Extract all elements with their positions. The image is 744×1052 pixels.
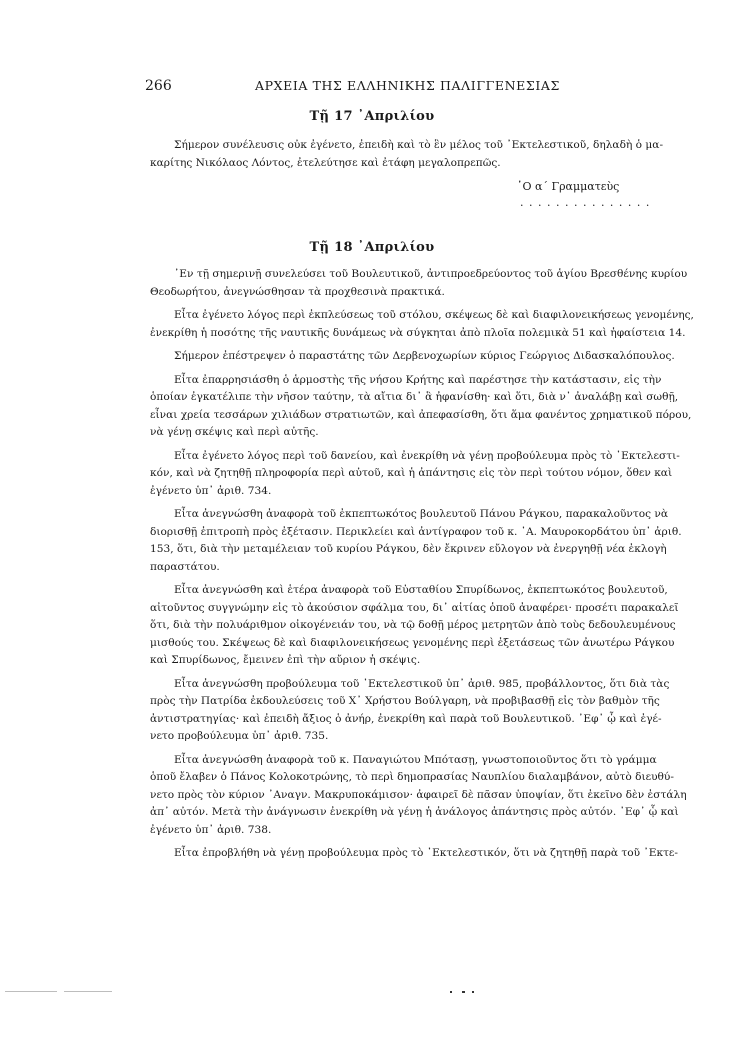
- section-heading-18-april: Τῇ 18 ᾽Απριλίου: [0, 240, 744, 255]
- section-18-body: ᾽Εν τῇ σημερινῇ συνελεύσει τοῦ Βουλευτικ…: [150, 266, 650, 869]
- text-line: καὶ Σπυρίδωνος, ἔμεινεν ἐπὶ τὴν αὔριον ἡ…: [126, 652, 650, 670]
- document-page: 266 ΑΡΧΕΙΑ ΤΗΣ ΕΛΛΗΝΙΚΗΣ ΠΑΛΙΓΓΕΝΕΣΙΑΣ Τ…: [0, 0, 744, 1052]
- text-line: ὁποῦ ἔλαβεν ὁ Πάνος Κολοκοτρώνης, τὸ περ…: [126, 769, 650, 787]
- text-line: Εἶτα ἐγένετο λόγος περὶ ἐκπλεύσεως τοῦ σ…: [150, 307, 650, 325]
- page-number: 266: [145, 78, 172, 94]
- text-line: Εἶτα ἀνεγνώσθη καὶ ἑτέρα ἀναφορὰ τοῦ Εὐσ…: [150, 582, 650, 600]
- text-line: Θεοδωρήτου, ἀνεγνώσθησαν τὰ προχθεσινὰ π…: [126, 284, 650, 302]
- text-line: ἀντιστρατηγίας· καὶ ἐπειδὴ ἄξιος ὁ ἀνήρ,…: [126, 711, 650, 729]
- text-line: ἐγένετο ὑπ᾽ ἀριθ. 734.: [126, 483, 650, 501]
- text-line: Σήμερον ἐπέστρεψεν ὁ παραστάτης τῶν Δερβ…: [150, 348, 650, 366]
- paragraph: Εἶτα ἀνεγνώσθη καὶ ἑτέρα ἀναφορὰ τοῦ Εὐσ…: [150, 582, 650, 670]
- secretary-signature: ῾Ο α΄ Γραμματεὺς: [517, 180, 619, 193]
- text-line: ὁποίαν ἐγκατέλιπε τὴν νῆσον ταύτην, τὰ α…: [126, 389, 650, 407]
- paragraph: Εἶτα ἀνεγνώσθη ἀναφορὰ τοῦ κ. Παναγιώτου…: [150, 752, 650, 840]
- signature-dots: . . . . . . . . . . . . . . .: [520, 196, 650, 209]
- text-line: εἶναι χρεία τεσσάρων χιλιάδων στρατιωτῶν…: [126, 407, 650, 425]
- text-line: μισθούς του. Σκέψεως δὲ καὶ διαφιλονεική…: [126, 635, 650, 653]
- text-line: 153, ὅτι, διὰ τὴν μεταμέλειαν τοῦ κυρίου…: [126, 541, 650, 559]
- text-line: Εἶτα ἐγένετο λόγος περὶ τοῦ δανείου, καὶ…: [150, 448, 650, 466]
- paragraph: Σήμερον ἐπέστρεψεν ὁ παραστάτης τῶν Δερβ…: [150, 348, 650, 366]
- text-line: διορισθῇ ἐπιτροπὴ πρὸς ἐξέτασιν. Περικλε…: [126, 524, 650, 542]
- text-line: νετο προβούλευμα ὑπ᾽ ἀριθ. 735.: [126, 728, 650, 746]
- section-heading-17-april: Τῇ 17 ᾽Απριλίου: [0, 109, 744, 124]
- paragraph: Εἶτα ἀνεγνώσθη ἀναφορὰ τοῦ ἐκπεπτωκότος …: [150, 506, 650, 576]
- text-line: νὰ γένῃ σκέψις καὶ περὶ αὐτῆς.: [126, 424, 650, 442]
- scan-artifacts: [0, 990, 744, 994]
- text-line: ἀπ᾽ αὐτόν. Μετὰ τὴν ἀνάγνωσιν ἐνεκρίθη ν…: [126, 804, 650, 822]
- text-line: κόν, καὶ νὰ ζητηθῇ πληροφορία περὶ αὐτοῦ…: [126, 465, 650, 483]
- text-line: ἐγένετο ὑπ᾽ ἀριθ. 738.: [126, 822, 650, 840]
- page-header: 266 ΑΡΧΕΙΑ ΤΗΣ ΕΛΛΗΝΙΚΗΣ ΠΑΛΙΓΓΕΝΕΣΙΑΣ: [145, 78, 665, 98]
- paragraph: Εἶτα ἀνεγνώσθη προβούλευμα τοῦ ᾽Εκτελεστ…: [150, 676, 650, 746]
- text-line: Σήμερον συνέλευσις οὐκ ἐγένετο, ἐπειδὴ κ…: [150, 137, 650, 155]
- running-title: ΑΡΧΕΙΑ ΤΗΣ ΕΛΛΗΝΙΚΗΣ ΠΑΛΙΓΓΕΝΕΣΙΑΣ: [255, 78, 560, 93]
- text-line: αἰτοῦντος συγγνώμην εἰς τὸ ἀκούσιον σφάλ…: [126, 600, 650, 618]
- text-line: πρὸς τὴν Πατρίδα ἐκδουλεύσεις τοῦ Χ᾽ Χρή…: [126, 693, 650, 711]
- text-line: Εἶτα ἀνεγνώσθη ἀναφορὰ τοῦ κ. Παναγιώτου…: [150, 752, 650, 770]
- text-line: ᾽Εν τῇ σημερινῇ συνελεύσει τοῦ Βουλευτικ…: [150, 266, 650, 284]
- paragraph: Εἶτα ἐγένετο λόγος περὶ ἐκπλεύσεως τοῦ σ…: [150, 307, 650, 342]
- paragraph: Εἶτα ἐπαρρησιάσθη ὁ ἁρμοστὴς τῆς νήσου Κ…: [150, 372, 650, 442]
- text-line: Εἶτα ἐπροβλήθη νὰ γένῃ προβούλευμα πρὸς …: [150, 845, 650, 863]
- paragraph: Εἶτα ἐπροβλήθη νὰ γένῃ προβούλευμα πρὸς …: [150, 845, 650, 863]
- section-17-body: Σήμερον συνέλευσις οὐκ ἐγένετο, ἐπειδὴ κ…: [150, 137, 650, 178]
- text-line: Εἶτα ἀνεγνώσθη ἀναφορὰ τοῦ ἐκπεπτωκότος …: [150, 506, 650, 524]
- text-line: παραστάτου.: [126, 559, 650, 577]
- paragraph: ᾽Εν τῇ σημερινῇ συνελεύσει τοῦ Βουλευτικ…: [150, 266, 650, 301]
- text-line: νετο πρὸς τὸν κύριον ᾽Αναγν. Μακρυποκάμι…: [126, 787, 650, 805]
- text-line: καρίτης Νικόλαος Λόντος, ἐτελεύτησε καὶ …: [126, 155, 650, 173]
- paragraph: Σήμερον συνέλευσις οὐκ ἐγένετο, ἐπειδὴ κ…: [150, 137, 650, 172]
- text-line: ὅτι, διὰ τὴν πολυάριθμον οἰκογένειάν του…: [126, 617, 650, 635]
- text-line: Εἶτα ἐπαρρησιάσθη ὁ ἁρμοστὴς τῆς νήσου Κ…: [150, 372, 650, 390]
- paragraph: Εἶτα ἐγένετο λόγος περὶ τοῦ δανείου, καὶ…: [150, 448, 650, 501]
- text-line: Εἶτα ἀνεγνώσθη προβούλευμα τοῦ ᾽Εκτελεστ…: [150, 676, 650, 694]
- text-line: ἐνεκρίθη ἡ ποσότης τῆς ναυτικῆς δυνάμεως…: [126, 325, 650, 343]
